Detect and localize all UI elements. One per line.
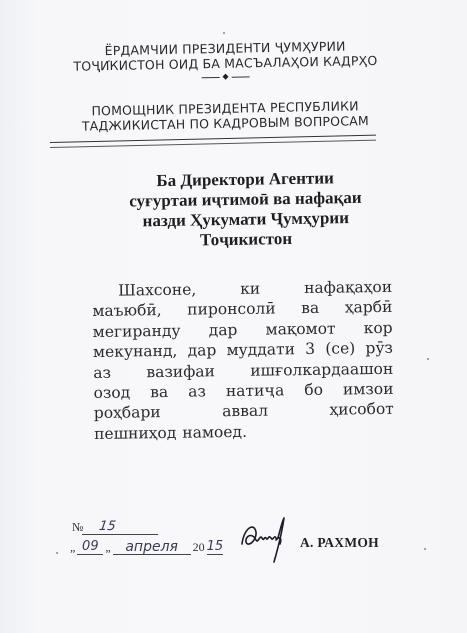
word: кор	[364, 318, 393, 339]
word: пешниҳод	[94, 423, 176, 445]
word: мақомот	[265, 318, 335, 339]
word: натиҷа	[226, 380, 285, 401]
signer-name: А. РАХМОН	[300, 535, 379, 551]
word: нафақаҳои	[304, 277, 392, 299]
word: дар	[187, 340, 216, 361]
word: аввал	[222, 401, 268, 422]
date-close-quote: „	[105, 540, 110, 555]
word: рӯз	[365, 338, 393, 359]
addressee-block: Ба Директори Агентии суғуртаи иҷтимоӣ ва…	[100, 167, 391, 252]
scan-speck	[108, 60, 110, 62]
word: дар	[209, 320, 238, 341]
scan-speck	[427, 358, 429, 360]
word: ҳарбӣ	[345, 297, 393, 318]
word: намоед.	[182, 422, 247, 443]
word: ва	[301, 298, 319, 319]
word: Шахсоне,	[118, 280, 196, 301]
word: маъюбӣ,	[92, 300, 162, 321]
body-line: роҳбари аввал ҳисобот	[94, 399, 394, 424]
body-line: маъюбӣ, пиронсолӣ ва ҳарбӣ	[92, 297, 392, 322]
signoff-block: № 15 „ 09 „ апреля 20 15 А. РАХМОН	[70, 520, 410, 580]
letterhead-divider	[50, 135, 376, 148]
word: озод	[93, 383, 130, 404]
document-number: № 15	[72, 520, 159, 535]
word: роҳбари	[94, 402, 161, 423]
signature-icon	[238, 514, 294, 566]
date-month: апреля	[113, 540, 191, 555]
letterhead-russian: ПОМОЩНИК ПРЕЗИДЕНТА РЕСПУБЛИКИ ТАДЖИКИСТ…	[60, 98, 391, 134]
document-page: ЁРДАМЧИИ ПРЕЗИДЕНТИ ҶУМҲУРИИ ТОҶИКИСТОН …	[0, 0, 467, 633]
word: мекунанд,	[93, 341, 178, 363]
document-date: „ 09 „ апреля 20 15	[70, 540, 223, 555]
date-year-suffix: 15	[207, 540, 223, 555]
word: аз	[93, 362, 111, 383]
word: муддати	[226, 339, 295, 360]
ornament-dash-right	[232, 76, 250, 77]
number-value: 15	[82, 520, 160, 535]
word: вазифаи	[146, 361, 215, 382]
word: имзои	[343, 379, 394, 400]
body-line: пешниҳод намоед.	[94, 420, 394, 445]
word: (се)	[325, 339, 355, 360]
diamond-icon: ◆	[222, 73, 229, 81]
scan-speck	[56, 552, 58, 554]
word: бо	[304, 380, 323, 401]
word: аз	[188, 381, 206, 402]
letter-body: Шахсоне, ки нафақаҳои маъюбӣ, пиронсолӣ …	[92, 277, 394, 444]
word: пиронсолӣ	[187, 299, 276, 321]
ornament-dash-left	[201, 76, 219, 77]
date-day: 09	[77, 540, 103, 555]
word: мегиранду	[93, 321, 181, 343]
word: ва	[150, 382, 168, 403]
word: ки	[240, 279, 260, 300]
scan-speck	[424, 548, 426, 550]
word: ҳисобот	[329, 399, 394, 420]
word: 3	[305, 339, 315, 360]
date-year-prefix: 20	[193, 540, 205, 555]
scan-speck	[223, 32, 225, 34]
word: ишғолкардаашон	[250, 358, 393, 380]
date-open-quote: „	[70, 540, 75, 555]
